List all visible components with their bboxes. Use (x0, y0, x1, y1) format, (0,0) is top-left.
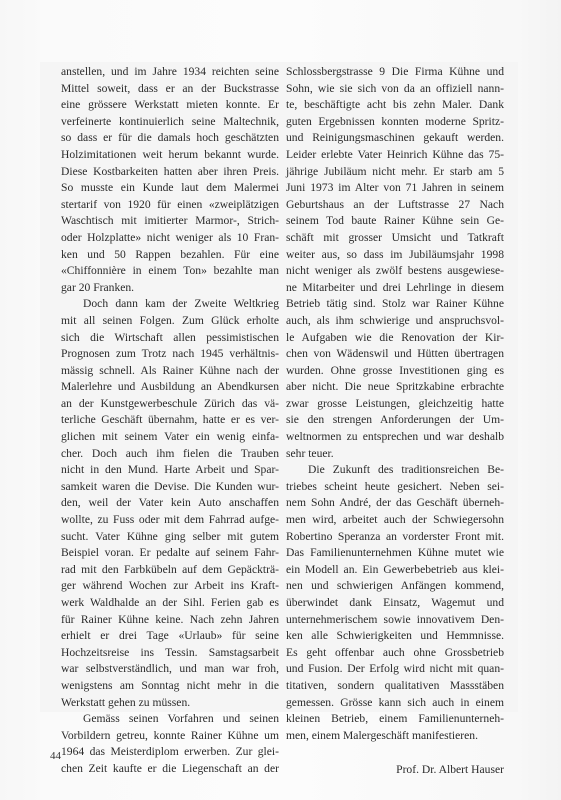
text-line: Sohn, wie sie sich von da an offiziell n… (286, 81, 504, 98)
text-line: sehr teuer. (286, 446, 504, 463)
text-line: seinem Tod baute Rainer Kühne sein Ge- (286, 213, 504, 230)
text-line: ne Mitarbeiter und drei Lehrlinge in die… (286, 280, 504, 297)
text-line: weiter aus, so dass im Jubiläumsjahr 199… (286, 247, 504, 264)
text-line: Schlossbergstrasse 9 Die Firma Kühne und (286, 64, 504, 81)
text-line: zwar grosse Leistungen, gleichzeitig hat… (286, 396, 504, 413)
text-line: Vorbildern getreu, konnte Rainer Kühne u… (61, 728, 279, 745)
text-line: oder Holzplatte» nicht weniger als 10 Fr… (61, 230, 279, 247)
text-line: cher. Doch auch ihm fielen die Trauben (61, 446, 279, 463)
text-line: unternehmerischem sowie innovativem Den- (286, 612, 504, 629)
text-line: guten Ergebnissen konnten moderne Spritz… (286, 114, 504, 131)
text-line: mit all seinen Folgen. Zum Glück erholte (61, 313, 279, 330)
text-line: ken und 50 Rappen bezahlen. Für eine (61, 247, 279, 264)
text-line: und Fusion. Der Erfolg wird nicht mit qu… (286, 661, 504, 678)
text-line: Mittel soweit, dass er an der Buckstrass… (61, 81, 279, 98)
text-line: Hochzeitsreise ins Tessin. Samstagsarbei… (61, 645, 279, 662)
text-line: werk Waldhalde an der Sihl. Ferien gab e… (61, 595, 279, 612)
text-line: chen von Wädenswil und Hütten übertragen (286, 346, 504, 363)
text-line: verfeinerte kontinuierlich seine Maltech… (61, 114, 279, 131)
text-line: ger während Wochen zur Arbeit ins Kraft- (61, 578, 279, 595)
text-line: war selbstverständlich, und man war froh… (61, 661, 279, 678)
paragraph-start-line: Gemäss seinen Vorfahren und seinen (61, 711, 279, 728)
text-line: anstellen, und im Jahre 1934 reichten se… (61, 64, 279, 81)
text-line: triebes scheint heute gesichert. Neben s… (286, 479, 504, 496)
text-line: Holzimitationen weit herum bekannt wurde… (61, 147, 279, 164)
author-signature: Prof. Dr. Albert Hauser (286, 762, 504, 779)
text-line: glichen mit seinem Vater ein wenig einfa… (61, 429, 279, 446)
text-line: gemessen. Grösse kann sich auch in einem (286, 695, 504, 712)
text-line: weltnormen zu entsprechen und war deshal… (286, 429, 504, 446)
text-line: chen Zeit kaufte er die Liegenschaft an … (61, 761, 279, 778)
text-line: eine grössere Werkstatt mieten konnte. E… (61, 97, 279, 114)
text-line: Diese Kostbarkeiten hatten aber ihren Pr… (61, 164, 279, 181)
text-line: wollte, zu Fuss oder mit dem Fahrrad auf… (61, 512, 279, 529)
document-page: anstellen, und im Jahre 1934 reichten se… (0, 0, 561, 800)
text-line: nem Sohn André, der das Geschäft überneh… (286, 495, 504, 512)
text-line: sich die Wirtschaft allen pessimistische… (61, 330, 279, 347)
text-line: Robertino Speranza an vorderster Front m… (286, 529, 504, 546)
text-line: sie den strengen Anforderungen der Um- (286, 412, 504, 429)
text-line: überwindet dank Einsatz, Wagemut und (286, 595, 504, 612)
text-line: stertarif von 1920 für einen «zweiplätzi… (61, 197, 279, 214)
text-line: men wird, arbeitet auch der Schwiegersoh… (286, 512, 504, 529)
text-line: terliche Geschäft übernahm, hatte er es … (61, 412, 279, 429)
text-line: So musste ein Kunde laut dem Malermei (61, 180, 279, 197)
text-line: rad mit den Farbkübeln auf dem Gepäckträ… (61, 562, 279, 579)
paragraph-start-line: Die Zukunft des traditionsreichen Be- (286, 462, 504, 479)
text-line: mässig schnell. Als Rainer Kühne nach de… (61, 363, 279, 380)
text-line: nicht in den Mund. Harte Arbeit und Spar… (61, 462, 279, 479)
text-line: Malerlehre und Ausbildung an Abendkursen (61, 379, 279, 396)
text-line: an der Kunstgewerbeschule Zürich das vä- (61, 396, 279, 413)
text-line: 1964 das Meisterdiplom erwerben. Zur gle… (61, 744, 279, 761)
right-text-column: Schlossbergstrasse 9 Die Firma Kühne und… (286, 64, 504, 779)
text-line: für Rainer Kühne keine. Nach zehn Jahren (61, 612, 279, 629)
text-line: men, einem Malergeschäft manifestieren. (286, 728, 504, 745)
text-line: Werkstatt gehen zu müssen. (61, 695, 279, 712)
text-line: nen und schwierigen Anfängen kommend, (286, 578, 504, 595)
text-line: le Aufgaben wie die Renovation der Kir- (286, 330, 504, 347)
text-line: gar 20 Franken. (61, 280, 279, 297)
text-line: Prognosen zum Trotz nach 1945 verhältnis… (61, 346, 279, 363)
paragraph-start-line: Doch dann kam der Zweite Weltkrieg (61, 296, 279, 313)
text-line: den, weil der Vater kein Auto anschaffen (61, 495, 279, 512)
text-line: nicht weniger als zwölf bestens ausgewie… (286, 263, 504, 280)
text-line: «Chiffonnière in einem Ton» bezahlte man (61, 263, 279, 280)
text-line: sucht. Vater Kühne ging selber mit gutem (61, 529, 279, 546)
text-line: Juni 1973 im Alter von 71 Jahren in sein… (286, 180, 504, 197)
left-text-column: anstellen, und im Jahre 1934 reichten se… (61, 64, 279, 778)
text-line: auch, als ihm schwierige und anspruchsvo… (286, 313, 504, 330)
text-line: ein Modell an. Ein Gewerbebetrieb aus kl… (286, 562, 504, 579)
page-number: 44 (50, 750, 61, 762)
text-line: wurden. Ohne grosse Investitionen ging e… (286, 363, 504, 380)
text-line: kleinen Betrieb, einem Familienunterneh- (286, 711, 504, 728)
text-line: Waschtisch mit imitierter Marmor-, Stric… (61, 213, 279, 230)
text-line: jährige Jubiläum nicht mehr. Er starb am… (286, 164, 504, 181)
text-line: so dass er für die damals hoch geschätzt… (61, 130, 279, 147)
text-line: Geburtshaus an der Luftstrasse 27 Nach (286, 197, 504, 214)
text-line: Es geht offenbar auch ohne Grossbetrieb (286, 645, 504, 662)
text-line: Beispiel voran. Er pedalte auf seinem Fa… (61, 545, 279, 562)
text-line: aber nicht. Die neue Spritzkabine erbrac… (286, 379, 504, 396)
text-line: und Reinigungsmaschinen gekauft werden. (286, 130, 504, 147)
text-line: samkeit waren die Devise. Die Kunden wur… (61, 479, 279, 496)
text-line: wenigstens am Sonntag nicht mehr in die (61, 678, 279, 695)
text-line: Betrieb tätig sind. Stolz war Rainer Küh… (286, 296, 504, 313)
text-line: ken alle Schwierigkeiten und Hemmnisse. (286, 628, 504, 645)
text-line: Leider erlebte Vater Heinrich Kühne das … (286, 147, 504, 164)
text-line: te, beschäftigte acht bis zehn Maler. Da… (286, 97, 504, 114)
text-line: schäft mit grosser Umsicht und Tatkraft (286, 230, 504, 247)
text-line: titativen, sondern qualitativen Massstäb… (286, 678, 504, 695)
text-line: erhielt er drei Tage «Urlaub» für seine (61, 628, 279, 645)
text-line: Das Familienunternehmen Kühne mutet wie (286, 545, 504, 562)
